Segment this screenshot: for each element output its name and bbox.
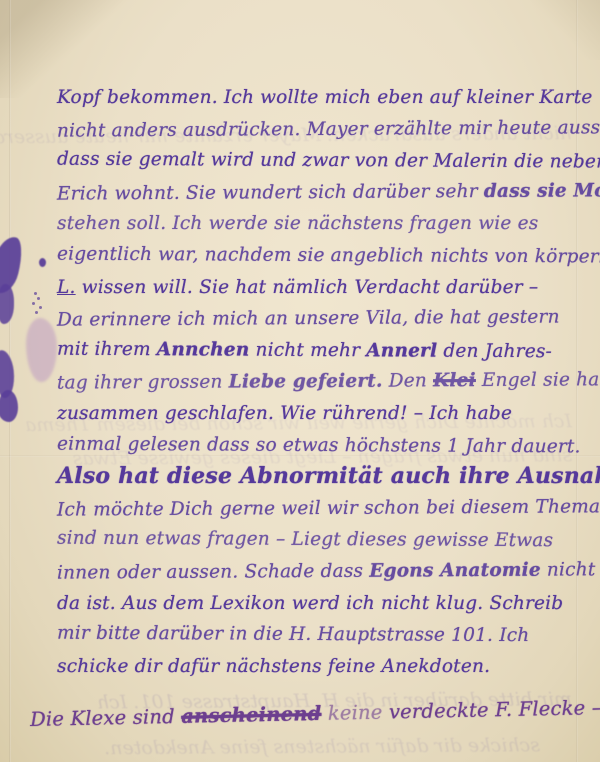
handwriting-segment: nicht mehr — [249, 339, 366, 361]
letter-line: dass sie gemalt wird und zwar von der Ma… — [57, 144, 582, 178]
handwriting-segment: nicht anders ausdrücken. Mayer erzählte … — [57, 117, 600, 142]
handwriting-segment: Egons Anatomie — [369, 560, 541, 582]
letter-line: innen oder aussen. Schade dass Egons Ana… — [57, 554, 582, 589]
handwriting-segment: wissen will. Sie hat nämlich Verdacht da… — [76, 277, 539, 298]
ink-blot — [0, 390, 18, 422]
handwriting-segment: Den — [383, 371, 434, 392]
handwriting-segment: stehen soll. Ich werde sie nächstens fra… — [57, 213, 538, 234]
letter-line: zusammen geschlafen. Wie rührend! – Ich … — [57, 398, 582, 430]
handwriting-segment: schicke dir dafür nächstens feine Anekdo… — [57, 656, 490, 677]
letter-page: nicht anders ausdrücken. Mayer erzählte … — [0, 0, 600, 762]
handwriting-segment: Liebe gefeiert. — [229, 371, 383, 393]
ink-blot — [0, 349, 16, 399]
letter-line: eigentlich war, nachdem sie angeblich ni… — [57, 239, 582, 273]
ink-speck — [39, 258, 46, 267]
handwriting-segment: dass sie gemalt wird und zwar von der Ma… — [57, 149, 600, 173]
letter-line: einmal gelesen dass so etwas höchstens 1… — [57, 428, 582, 462]
handwriting-segment: zusammen geschlafen. Wie rührend! – Ich … — [57, 403, 512, 424]
handwriting-segment: keine — [321, 700, 389, 724]
handwriting-segment: Die Klexe sind — [30, 705, 182, 731]
handwriting-segment: Kopf bekommen. Ich wollte mich eben auf … — [57, 87, 593, 108]
ink-speckles — [34, 292, 37, 295]
bleed-through-text: schicke dir dafür nächstens feine Anekdo… — [10, 730, 540, 762]
handwriting-segment: eigentlich war, nachdem sie angeblich ni… — [57, 244, 600, 268]
handwriting-segment: L. — [57, 277, 76, 298]
letter-line: nicht anders ausdrücken. Mayer erzählte … — [57, 112, 582, 147]
letter-line: stehen soll. Ich werde sie nächstens fra… — [57, 208, 582, 240]
handwriting-segment: da ist. Aus dem Lexikon werd ich nicht k… — [57, 593, 563, 614]
letter-line: Da erinnere ich mich an unsere Vila, die… — [57, 302, 582, 337]
letter-line: Ich möchte Dich gerne weil wir schon bei… — [57, 491, 582, 526]
letter-line: Kopf bekommen. Ich wollte mich eben auf … — [57, 82, 582, 114]
letter-line: da ist. Aus dem Lexikon werd ich nicht k… — [57, 588, 582, 620]
letter-line: Also hat diese Abnormität auch ihre Ausn… — [57, 461, 582, 493]
handwriting-segment: sind nun etwas fragen – Liegt dieses gew… — [57, 528, 553, 552]
paper-crease-left — [9, 0, 11, 762]
crossed-out-word: anscheinend — [181, 702, 322, 728]
letter-line: L. wissen will. Sie hat nämlich Verdacht… — [57, 272, 582, 304]
handwriting-segment: verdeckte F. Flecke – — [389, 696, 600, 723]
letter-line: Erich wohnt. Sie wundert sich darüber se… — [57, 175, 582, 210]
letter-line: sind nun etwas fragen – Liegt dieses gew… — [57, 523, 582, 557]
paper-corner-fold-top-right — [460, 0, 600, 60]
letter-line: schicke dir dafür nächstens feine Anekdo… — [57, 651, 582, 683]
handwriting-segment: Also hat diese Abnormität auch ihre Ausn… — [57, 463, 600, 489]
ink-blot — [0, 234, 27, 297]
handwriting-segment: Annerl — [366, 340, 437, 361]
letter-body: Kopf bekommen. Ich wollte mich eben auf … — [57, 82, 582, 682]
handwriting-segment: dass sie Modell — [484, 180, 600, 202]
handwriting-segment: tag ihrer grossen — [57, 372, 229, 394]
handwriting-segment: Da erinnere ich mich an unsere Vila, die… — [57, 307, 560, 331]
handwriting-segment: mit ihrem — [57, 338, 157, 360]
letter-postscript: Die Klexe sind anscheinend keine verdeck… — [30, 694, 600, 734]
handwriting-segment: den Jahres- — [437, 340, 552, 362]
handwriting-segment: Annchen — [157, 339, 250, 360]
ink-smudge — [26, 318, 57, 382]
letter-line: mir bitte darüber in die H. Hauptstrasse… — [57, 618, 582, 652]
handwriting-segment: Ich möchte Dich gerne weil wir schon bei… — [57, 496, 600, 520]
handwriting-segment: innen oder aussen. Schade dass — [57, 561, 369, 584]
handwriting-segment: Engel sie haben — [476, 369, 600, 391]
handwriting-segment: mir bitte darüber in die H. Hauptstrasse… — [57, 623, 530, 646]
letter-line: tag ihrer grossen Liebe gefeiert. Den Kl… — [57, 365, 582, 400]
handwriting-segment: einmal gelesen dass so etwas höchstens 1… — [57, 433, 581, 457]
crossed-out-word: Klei — [433, 370, 476, 391]
ink-blot — [0, 284, 14, 324]
handwriting-segment: nicht — [541, 559, 596, 580]
handwriting-segment: Erich wohnt. Sie wundert sich darüber se… — [57, 181, 484, 205]
letter-line: mit ihrem Annchen nicht mehr Annerl den … — [57, 333, 582, 367]
